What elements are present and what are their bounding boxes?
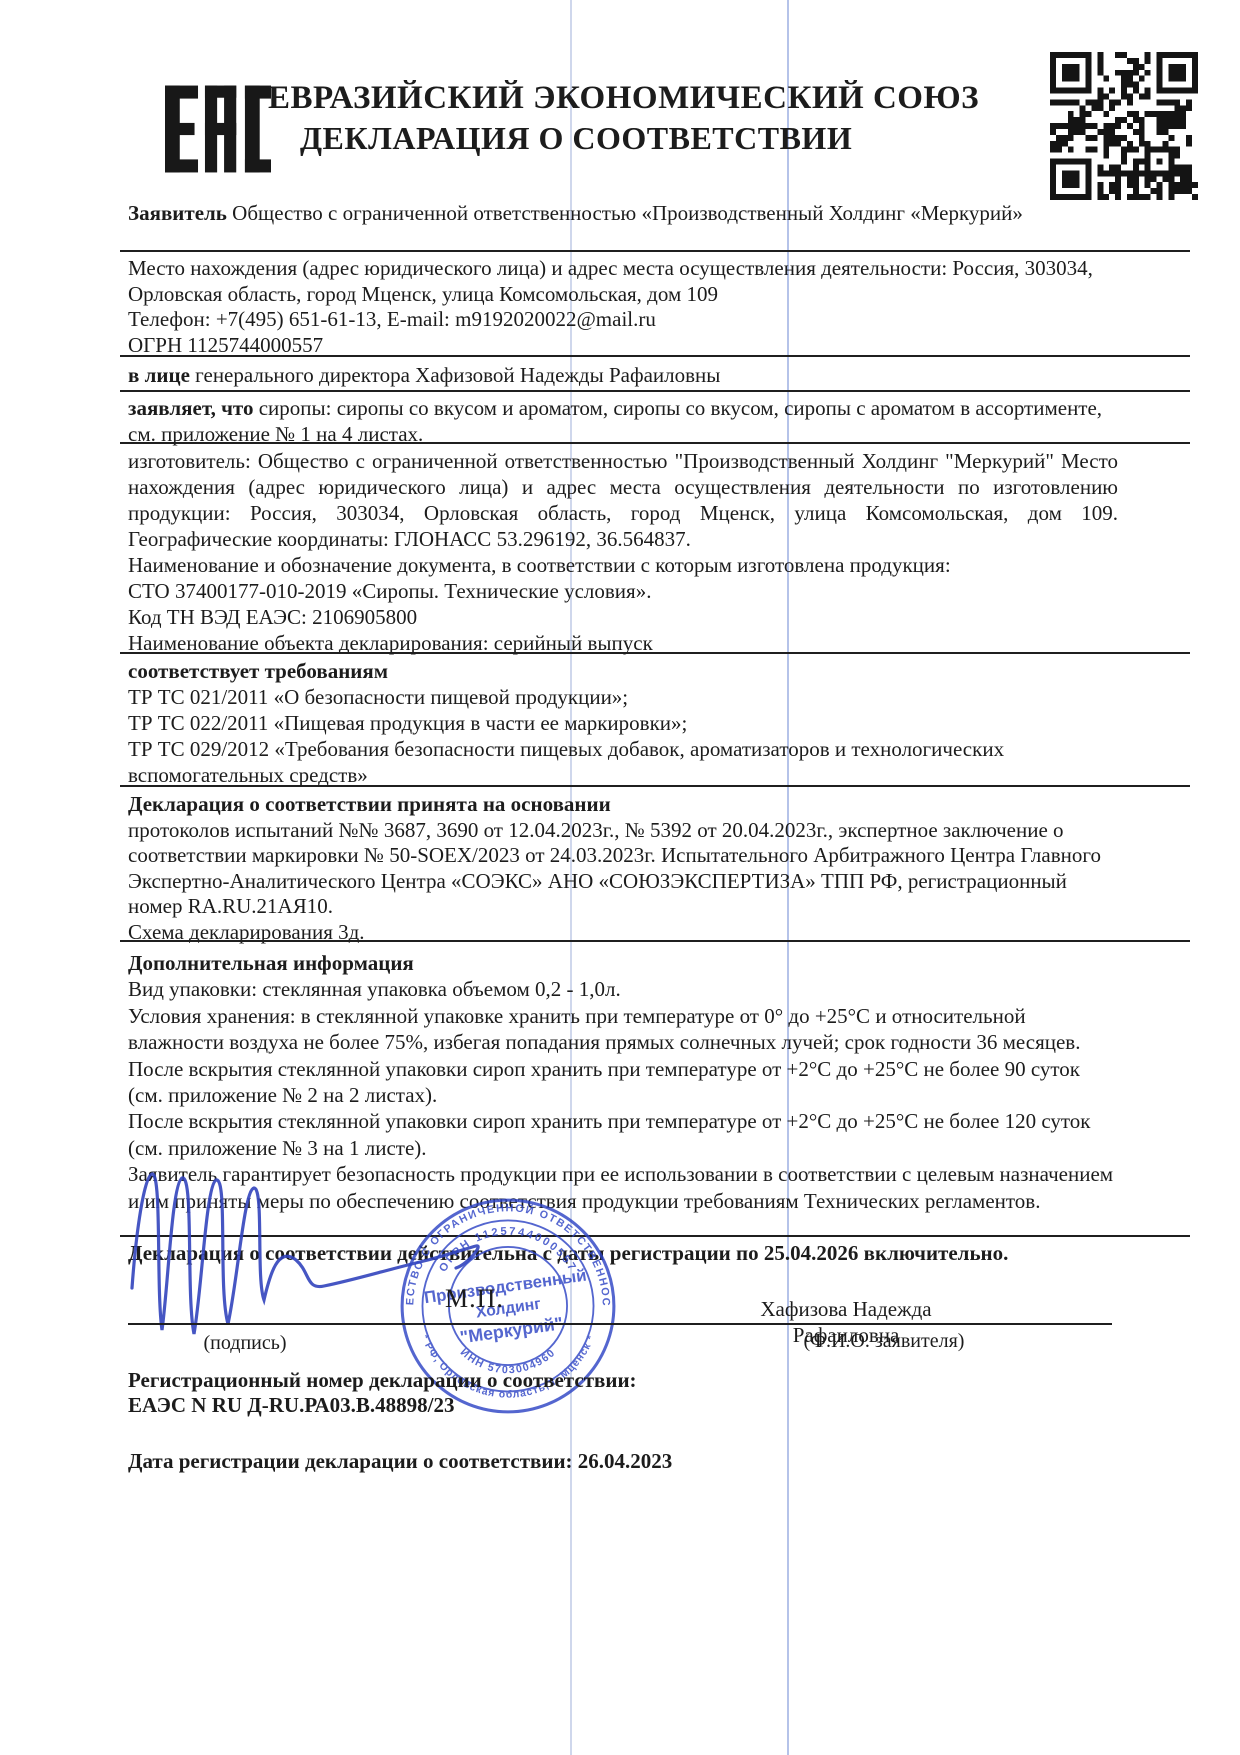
divider xyxy=(120,785,1190,787)
additional-info-heading: Дополнительная информация xyxy=(128,950,1118,976)
requirement-item: ТР ТС 029/2012 «Требования безопасности … xyxy=(128,736,1103,788)
name-caption: (Ф.И.О. заявителя) xyxy=(784,1330,984,1353)
packaging-line: Вид упаковки: стеклянная упаковка объемо… xyxy=(128,976,1118,1002)
basis-section: Декларация о соответствии принята на осн… xyxy=(128,792,1118,946)
manufacturer-paragraph: изготовитель: Общество с ограниченной от… xyxy=(128,448,1118,552)
title-line-2: ДЕКЛАРАЦИЯ О СООТВЕТСТВИИ xyxy=(300,118,1028,158)
signature-caption: (подпись) xyxy=(180,1332,310,1355)
applicant-label: Заявитель xyxy=(128,201,227,225)
document-title: ЕВРАЗИЙСКИЙ ЭКОНОМИЧЕСКИЙ СОЮЗ ДЕКЛАРАЦИ… xyxy=(268,78,1028,158)
stamp-center-line3: "Меркурий" xyxy=(459,1313,565,1347)
applicant-details: Место нахождения (адрес юридического лиц… xyxy=(128,256,1118,358)
qr-code-icon xyxy=(1050,52,1198,200)
in-person-value: генерального директора Хафизовой Надежды… xyxy=(195,363,720,387)
declaration-document: ЕАС ЕВРАЗИЙСКИЙ ЭКОНОМИЧЕСКИЙ СОЮЗ ДЕКЛА… xyxy=(0,0,1240,1755)
registration-number-block: Регистрационный номер декларации о соотв… xyxy=(128,1368,1118,1418)
manufacturer-sto: СТО 37400177-010-2019 «Сиропы. Техническ… xyxy=(128,578,1118,604)
after-opening-90-line: После вскрытия стеклянной упаковки сироп… xyxy=(128,1056,1118,1109)
requirements-heading: соответствует требованиям xyxy=(128,658,1118,684)
divider xyxy=(120,442,1190,444)
title-line-1: ЕВРАЗИЙСКИЙ ЭКОНОМИЧЕСКИЙ СОЮЗ xyxy=(268,78,1028,118)
divider xyxy=(120,355,1190,357)
applicant-address: Место нахождения (адрес юридического лиц… xyxy=(128,256,1118,307)
stamp-ogrn-text: ОГРН 1125744000557 xyxy=(437,1226,579,1275)
declares-line: заявляет, что сиропы: сиропы со вкусом и… xyxy=(128,395,1118,447)
basis-text: протоколов испытаний №№ 3687, 3690 от 12… xyxy=(128,818,1118,920)
requirements-section: соответствует требованиям ТР ТС 021/2011… xyxy=(128,658,1118,788)
declares-label: заявляет, что xyxy=(128,396,253,420)
basis-heading: Декларация о соответствии принята на осн… xyxy=(128,792,1118,818)
registration-number-value: ЕАЭС N RU Д-RU.РА03.В.48898/23 xyxy=(128,1393,1118,1418)
applicant-line: Заявитель Общество с ограниченной ответс… xyxy=(128,200,1128,226)
eac-logo: ЕАС xyxy=(165,80,271,178)
applicant-phone-email: Телефон: +7(495) 651-61-13, E-mail: m919… xyxy=(128,307,1118,333)
in-person-label: в лице xyxy=(128,363,190,387)
divider xyxy=(120,940,1190,942)
divider xyxy=(120,390,1190,392)
manufacturer-tnved: Код ТН ВЭД ЕАЭС: 2106905800 xyxy=(128,604,1118,630)
requirement-item: ТР ТС 022/2011 «Пищевая продукция в част… xyxy=(128,710,1118,736)
registration-number-label: Регистрационный номер декларации о соотв… xyxy=(128,1368,1118,1393)
storage-conditions-line: Условия хранения: в стеклянной упаковке … xyxy=(128,1003,1118,1056)
applicant-value: Общество с ограниченной ответственностью… xyxy=(232,201,1023,225)
svg-text:ОГРН 1125744000557: ОГРН 1125744000557 xyxy=(437,1226,579,1275)
signature-rule xyxy=(128,1323,1112,1325)
declares-value: сиропы: сиропы со вкусом и ароматом, сир… xyxy=(128,396,1102,446)
divider xyxy=(120,250,1190,252)
manufacturer-section: изготовитель: Общество с ограниченной от… xyxy=(128,448,1118,656)
eac-logo-glyph xyxy=(165,80,271,178)
stamp-place-mark: М.П. xyxy=(445,1284,504,1314)
manufacturer-doc-line: Наименование и обозначение документа, в … xyxy=(128,552,1118,578)
requirement-item: ТР ТС 021/2011 «О безопасности пищевой п… xyxy=(128,684,1118,710)
divider xyxy=(120,652,1190,654)
registration-date-line: Дата регистрации декларации о соответств… xyxy=(128,1448,1118,1474)
in-person-line: в лице генерального директора Хафизовой … xyxy=(128,362,1118,388)
